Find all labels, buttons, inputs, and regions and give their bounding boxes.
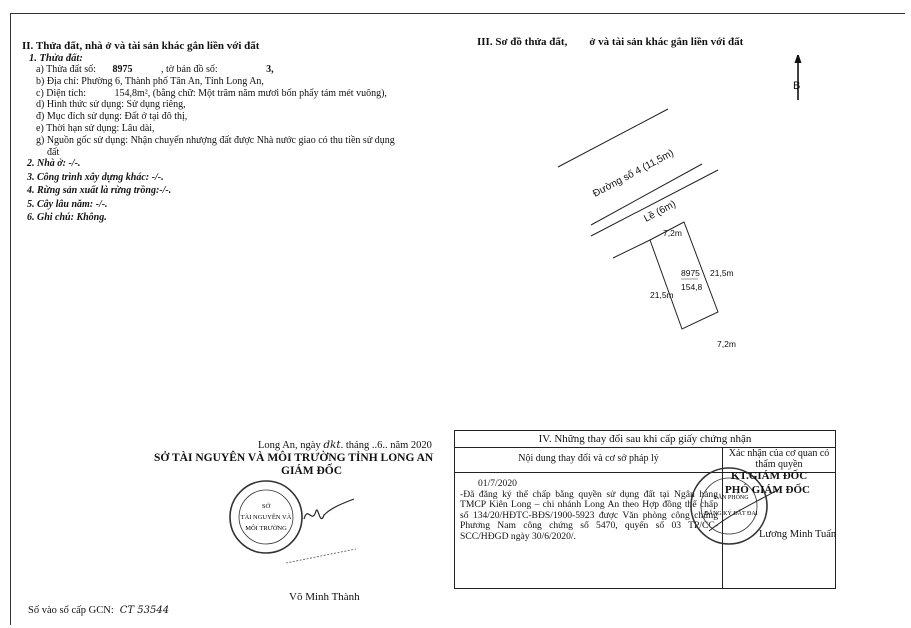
changes-table: IV. Những thay đổi sau khi cấp giấy chứn… bbox=[454, 430, 836, 589]
gcn-number-handwritten: CT 53544 bbox=[120, 605, 169, 616]
section-2-title: II. Thửa đất, nhà ở và tài sản khác gắn … bbox=[22, 40, 259, 52]
document-frame-top bbox=[10, 13, 905, 14]
svg-text:TÀI NGUYÊN VÀ: TÀI NGUYÊN VÀ bbox=[241, 513, 292, 521]
confirm-role-2: PHÓ GIÁM ĐỐC bbox=[725, 484, 810, 496]
confirm-role-1: KT.GIÁM ĐỐC bbox=[731, 470, 807, 482]
parcel-diagram: B Đường số 4 (11,5m) Lề (6m) 7,2m 8975 1… bbox=[470, 55, 890, 365]
area-row: c) Diện tích: 154,8m², (bằng chữ: Một tr… bbox=[36, 88, 395, 100]
usage-term-row: e) Thời hạn sử dụng: Lâu dài, bbox=[36, 123, 395, 135]
svg-text:7,2m: 7,2m bbox=[717, 339, 736, 349]
usage-origin-row: g) Nguồn gốc sử dụng: Nhận chuyển nhượng… bbox=[36, 135, 395, 147]
section-4-title: IV. Những thay đổi sau khi cấp giấy chứn… bbox=[455, 431, 836, 448]
area-value: 154,8m², (bằng chữ: Một trăm năm mươi bố… bbox=[114, 88, 386, 99]
confirmation-cell: VĂN PHÒNG ĐĂNG KÝ ĐẤT ĐAI KT.GIÁM ĐỐC PH… bbox=[723, 473, 836, 589]
construction-item: 3. Công trình xây dựng khác: -/-. bbox=[27, 171, 171, 185]
usage-purpose-row: đ) Mục đích sử dụng: Đất ở tại đô thị, bbox=[36, 111, 395, 123]
usage-form-row: d) Hình thức sử dụng: Sử dụng riêng, bbox=[36, 99, 395, 111]
signature-scribble bbox=[304, 499, 354, 519]
svg-text:8975: 8975 bbox=[681, 268, 700, 278]
parcel-number: 8975 bbox=[112, 64, 158, 76]
sidewalk-label: Lề (6m) bbox=[642, 198, 678, 225]
land-heading: 1. Thửa đất: bbox=[29, 53, 83, 64]
note-item: 6. Ghi chú: Không. bbox=[27, 211, 171, 225]
official-stamp-icon: SỞ TÀI NGUYÊN VÀ MÔI TRƯỜNG bbox=[226, 475, 356, 565]
road-label: Đường số 4 (11,5m) bbox=[591, 147, 676, 200]
svg-text:B: B bbox=[793, 80, 800, 92]
signer-name: Võ Minh Thành bbox=[289, 591, 360, 603]
svg-text:154,8: 154,8 bbox=[681, 282, 703, 292]
issuing-organization: SỞ TÀI NGUYÊN VÀ MÔI TRƯỜNG TỈNH LONG AN bbox=[154, 452, 433, 464]
address-row: b) Địa chỉ: Phường 6, Thành phố Tân An, … bbox=[36, 76, 395, 88]
sign-date: Long An, ngày 𝑑𝑘𝑡. tháng ..6.. năm 2020 bbox=[258, 439, 432, 451]
svg-text:21,5m: 21,5m bbox=[710, 268, 734, 278]
document-frame-left bbox=[10, 13, 11, 625]
parcel-number-row: a) Thửa đất số: 8975 , tờ bản đồ số: 3, bbox=[36, 64, 395, 76]
svg-text:7,2m: 7,2m bbox=[663, 228, 682, 238]
land-details: a) Thửa đất số: 8975 , tờ bản đồ số: 3, … bbox=[36, 64, 395, 158]
gcn-register-number: Số vào sổ cấp GCN:CT 53544 bbox=[28, 605, 169, 616]
svg-text:SỞ: SỞ bbox=[262, 502, 271, 510]
section-3-title: III. Sơ đồ thửa đất,ở và tài sản khác gắ… bbox=[477, 36, 743, 48]
north-arrow-icon: B bbox=[793, 55, 802, 100]
confirm-signer-name: Lương Minh Tuấn bbox=[759, 529, 836, 540]
other-assets-list: 2. Nhà ở: -/-. 3. Công trình xây dựng kh… bbox=[27, 157, 171, 225]
forest-item: 4. Rừng sản xuất là rừng trồng:-/-. bbox=[27, 184, 171, 198]
svg-text:MÔI TRƯỜNG: MÔI TRƯỜNG bbox=[245, 524, 287, 532]
svg-text:21,5m: 21,5m bbox=[650, 290, 674, 300]
house-item: 2. Nhà ở: -/-. bbox=[27, 157, 171, 171]
perennial-item: 5. Cây lâu năm: -/-. bbox=[27, 198, 171, 212]
map-sheet-number: 3, bbox=[266, 64, 274, 76]
